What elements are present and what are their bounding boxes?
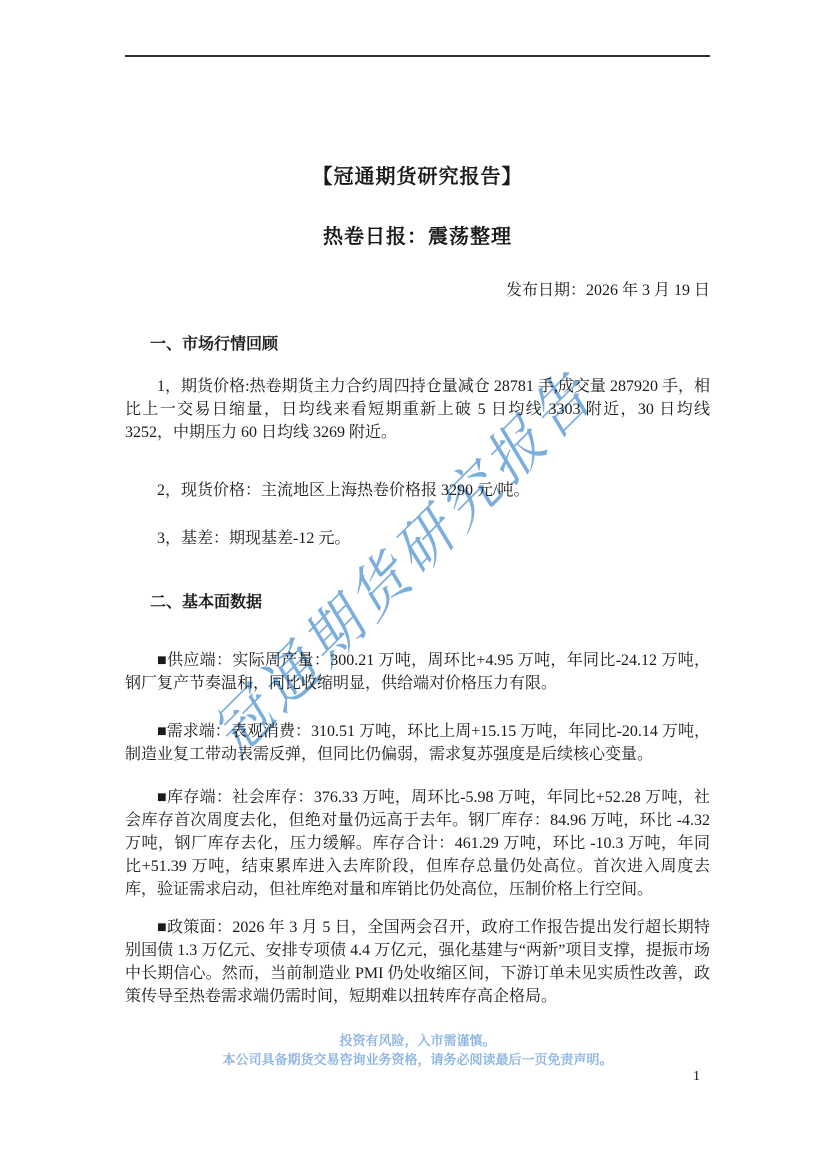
report-title: 热卷日报：震荡整理	[125, 224, 710, 251]
paragraph-basis: 3，基差：期现基差-12 元。	[125, 527, 710, 550]
paragraph-inventory-side: ■库存端：社会库存：376.33 万吨，周环比-5.98 万吨，年同比+52.2…	[125, 786, 710, 901]
paragraph-futures-price: 1，期货价格:热卷期货主力合约周四持仓量减仓 28781 手,成交量 28792…	[125, 375, 710, 444]
paragraph-demand-side: ■需求端：表观消费：310.51 万吨，环比上周+15.15 万吨，年同比-20…	[125, 720, 710, 766]
footer-risk-warning: 投资有风险，入市需谨慎。	[125, 1031, 710, 1050]
report-series-title: 【冠通期货研究报告】	[125, 164, 710, 191]
publish-date: 发布日期：2026 年 3 月 19 日	[125, 280, 710, 302]
report-page: 冠通期货研究报告 【冠通期货研究报告】 热卷日报：震荡整理 发布日期：2026 …	[0, 0, 826, 1169]
page-number: 1	[125, 1068, 710, 1086]
report-content: 【冠通期货研究报告】 热卷日报：震荡整理 发布日期：2026 年 3 月 19 …	[125, 0, 710, 1008]
footer-qualification-notice: 本公司具备期货交易咨询业务资格，请务必阅读最后一页免责声明。	[125, 1050, 710, 1069]
section-heading-market-review: 一、市场行情回顾	[125, 334, 710, 356]
header-rule	[125, 55, 710, 57]
paragraph-spot-price: 2，现货价格：主流地区上海热卷价格报 3290 元/吨。	[125, 479, 710, 502]
paragraph-supply-side: ■供应端：实际周产量：300.21 万吨，周环比+4.95 万吨，年同比-24.…	[125, 649, 710, 695]
footer-disclaimer: 投资有风险，入市需谨慎。 本公司具备期货交易咨询业务资格，请务必阅读最后一页免责…	[125, 1031, 710, 1069]
paragraph-policy-side: ■政策面：2026 年 3 月 5 日，全国两会召开，政府工作报告提出发行超长期…	[125, 916, 710, 1008]
section-heading-fundamentals: 二、基本面数据	[125, 592, 710, 614]
